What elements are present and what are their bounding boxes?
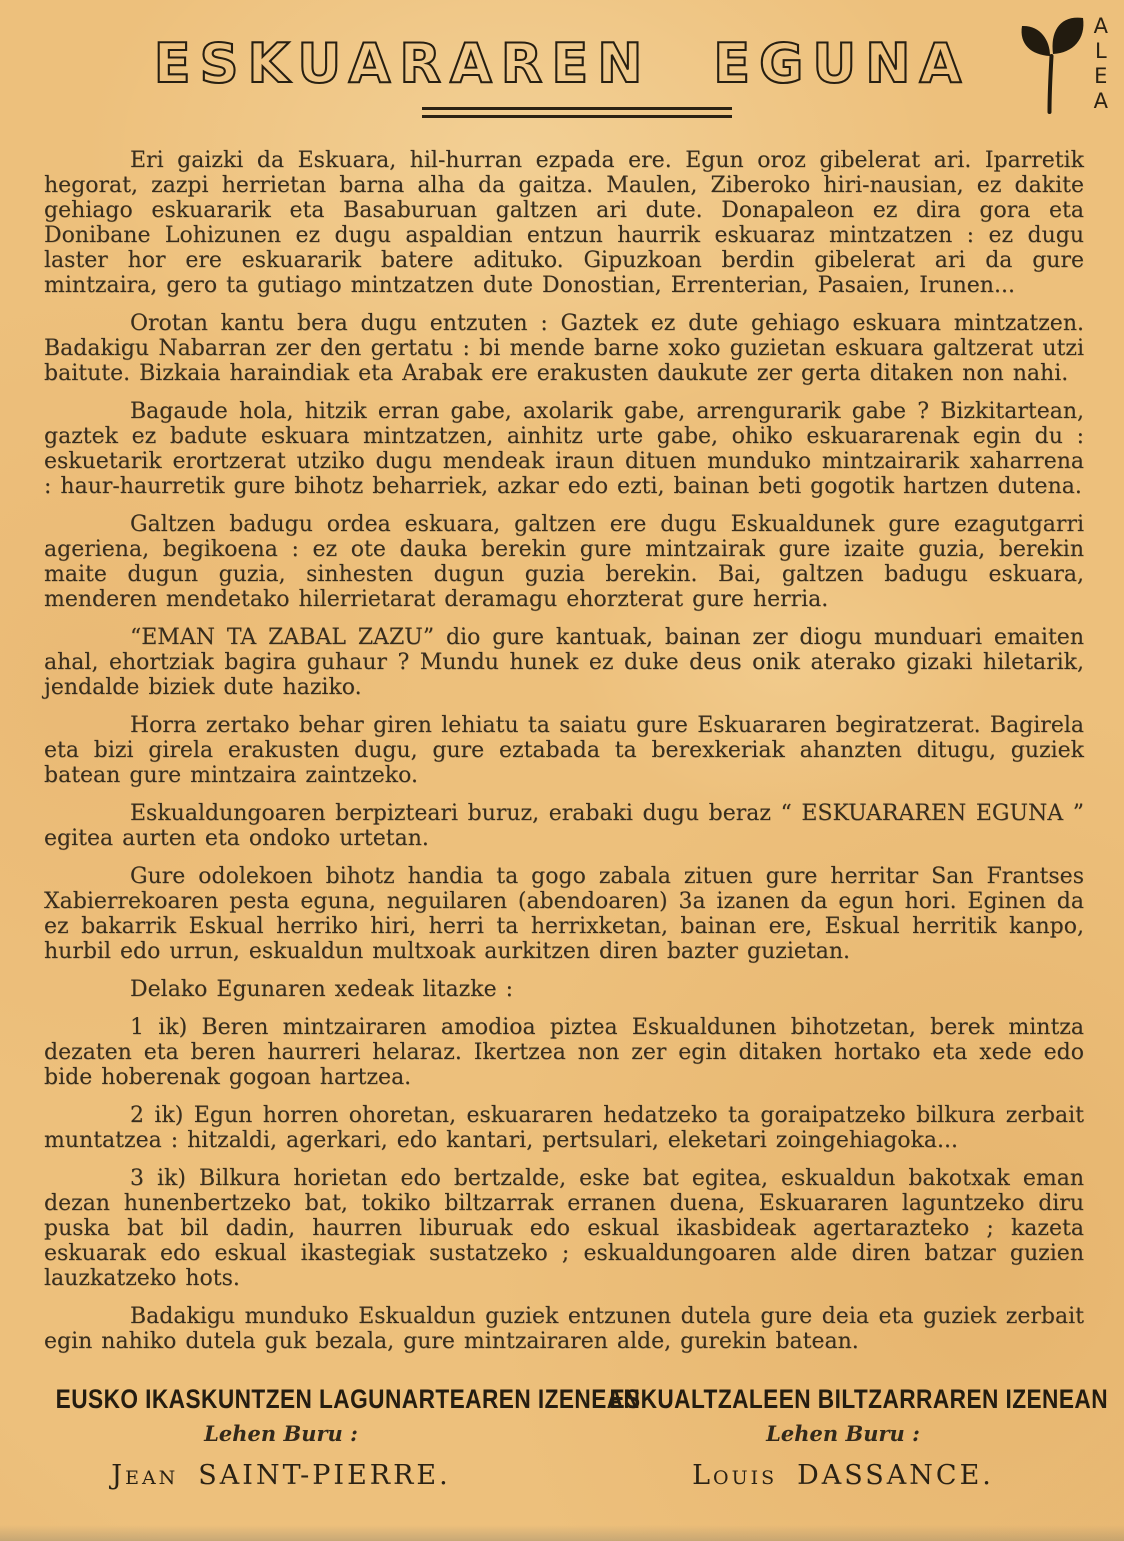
list-item-3: 3 ik) Bilkura horietan edo bertzalde, es…: [44, 1166, 1084, 1291]
paragraph-intro: Eri gaizki da Eskuara, hil-hurran ezpada…: [44, 148, 1084, 298]
document-header: ESKUARAREN EGUNA A L E A: [0, 0, 1124, 118]
title-double-rule: [422, 107, 732, 118]
signature-right-role: Lehen Buru :: [562, 1421, 1124, 1446]
signature-left-name: JeanSAINT-PIERRE.: [0, 1460, 562, 1491]
signature-left-last-name: SAINT-PIERRE.: [198, 1460, 450, 1491]
page-title: ESKUARAREN EGUNA: [154, 34, 971, 93]
alea-logo-letters: A L E A: [1094, 14, 1108, 114]
logo-letter: E: [1094, 64, 1108, 89]
alea-logo: A L E A: [1017, 12, 1108, 120]
signatures: EUSKO IKASKUNTZEN LAGUNARTEAREN IZENEAN …: [0, 1384, 1124, 1491]
signature-right-organization: ESKUALTZALEEN BILTZARRAREN IZENEAN: [609, 1384, 1108, 1415]
paragraph-goals-intro: Delako Egunaren xedeak litazke :: [44, 977, 1084, 1002]
logo-letter: L: [1094, 39, 1108, 64]
document-page: ESKUARAREN EGUNA A L E A Eri gaizki da E…: [0, 0, 1124, 1541]
signature-right-last-name: DASSANCE.: [797, 1460, 994, 1491]
signature-right-name: LouisDASSANCE.: [562, 1460, 1124, 1491]
list-item-1: 1 ik) Beren mintzairaren amodioa piztea …: [44, 1015, 1084, 1090]
paragraph: Bagaude hola, hitzik erran gabe, axolari…: [44, 399, 1084, 499]
paragraph-announcement: Eskualdungoaren berpizteari buruz, eraba…: [44, 801, 1084, 851]
signature-left: EUSKO IKASKUNTZEN LAGUNARTEAREN IZENEAN …: [0, 1384, 562, 1491]
sprout-icon: [1017, 12, 1087, 120]
paragraph-quote: “EMAN TA ZABAL ZAZU” dio gure kantuak, b…: [44, 625, 1084, 700]
logo-letter: A: [1094, 89, 1108, 114]
paragraph-closing: Badakigu munduko Eskualdun guziek entzun…: [44, 1304, 1084, 1354]
paragraph: Galtzen badugu ordea eskuara, galtzen er…: [44, 512, 1084, 612]
paragraph: Gure odolekoen bihotz handia ta gogo zab…: [44, 864, 1084, 964]
document-body: Eri gaizki da Eskuara, hil-hurran ezpada…: [0, 148, 1124, 1366]
paragraph: Orotan kantu bera dugu entzuten : Gaztek…: [44, 311, 1084, 386]
list-item-2: 2 ik) Egun horren ohoretan, eskuararen h…: [44, 1103, 1084, 1153]
signature-left-organization: EUSKO IKASKUNTZEN LAGUNARTEAREN IZENEAN: [56, 1384, 641, 1415]
signature-right: ESKUALTZALEEN BILTZARRAREN IZENEAN Lehen…: [562, 1384, 1124, 1491]
signature-right-first-name: Louis: [692, 1460, 777, 1491]
logo-letter: A: [1094, 14, 1108, 39]
signature-left-first-name: Jean: [111, 1460, 178, 1491]
paragraph: Horra zertako behar giren lehiatu ta sai…: [44, 713, 1084, 788]
signature-left-role: Lehen Buru :: [0, 1421, 562, 1446]
